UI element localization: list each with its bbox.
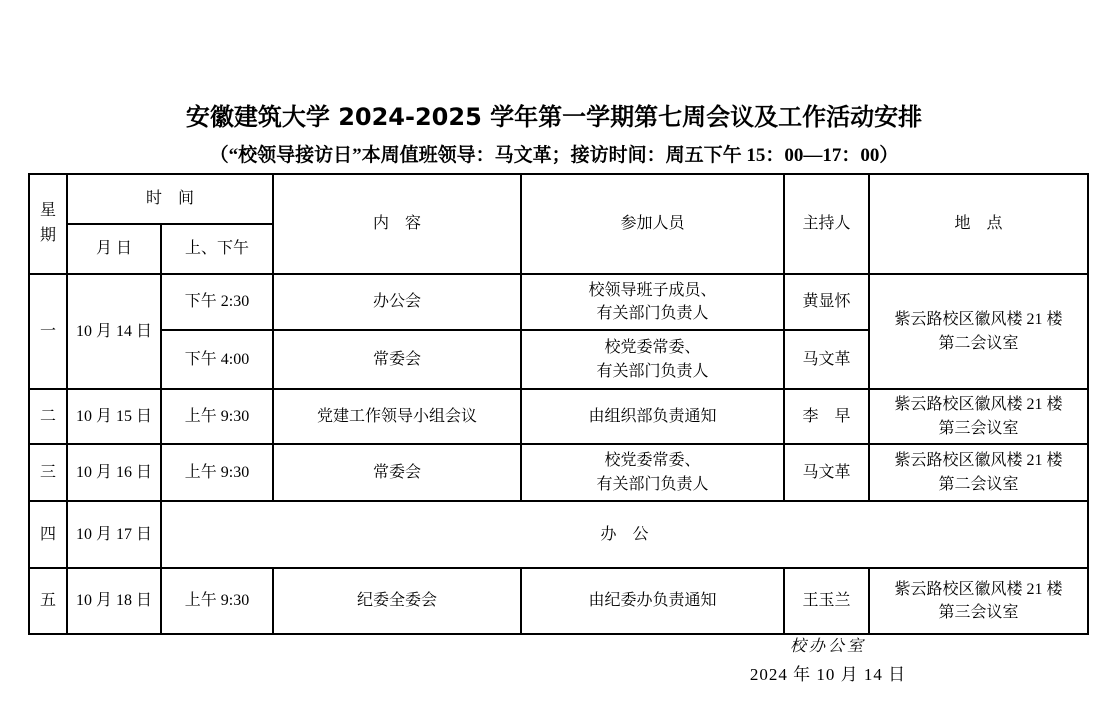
table-row-tuesday: 二 10 月 15 日 上午 9:30 党建工作领导小组会议 由组织部负责通知 … (29, 389, 1088, 444)
header-weekday: 星期 (29, 174, 67, 274)
location-line-1: 紫云路校区徽风楼 21 楼 (872, 393, 1085, 416)
cell-participants: 校领导班子成员、 有关部门负责人 (521, 274, 784, 330)
document-page: 安徽建筑大学 2024-2025 学年第一学期第七周会议及工作活动安排 （“校领… (0, 0, 1108, 702)
cell-time: 下午 2:30 (161, 274, 273, 330)
table-row-wednesday: 三 10 月 16 日 上午 9:30 常委会 校党委常委、 有关部门负责人 马… (29, 444, 1088, 501)
cell-weekday: 一 (29, 274, 67, 389)
cell-participants: 校党委常委、 有关部门负责人 (521, 444, 784, 501)
cell-content: 纪委全委会 (273, 568, 521, 634)
document-subtitle: （“校领导接访日”本周值班领导：马文革；接访时间：周五下午 15：00—17：0… (0, 140, 1108, 167)
cell-host: 李 早 (784, 389, 869, 444)
participants-line-1: 校领导班子成员、 (524, 279, 781, 302)
document-footer: 校办公室 2024 年 10 月 14 日 (698, 633, 958, 685)
cell-participants: 由组织部负责通知 (521, 389, 784, 444)
cell-weekday: 四 (29, 501, 67, 568)
cell-host: 王玉兰 (784, 568, 869, 634)
location-line-1: 紫云路校区徽风楼 21 楼 (872, 449, 1085, 472)
cell-location: 紫云路校区徽风楼 21 楼 第二会议室 (869, 274, 1088, 389)
header-row-1: 星期 时 间 内 容 参加人员 主持人 地 点 (29, 174, 1088, 224)
cell-location: 紫云路校区徽风楼 21 楼 第三会议室 (869, 568, 1088, 634)
location-line-1: 紫云路校区徽风楼 21 楼 (872, 308, 1085, 331)
schedule-table: 星期 时 间 内 容 参加人员 主持人 地 点 月 日 上、下午 一 10 月 … (28, 173, 1089, 635)
location-line-2: 第二会议室 (872, 473, 1085, 496)
cell-participants: 由纪委办负责通知 (521, 568, 784, 634)
header-time: 时 间 (67, 174, 273, 224)
cell-host: 马文革 (784, 444, 869, 501)
cell-host: 黄显怀 (784, 274, 869, 330)
cell-date: 10 月 18 日 (67, 568, 161, 634)
table-row-friday: 五 10 月 18 日 上午 9:30 纪委全委会 由纪委办负责通知 王玉兰 紫… (29, 568, 1088, 634)
cell-content: 办公会 (273, 274, 521, 330)
header-weekday-label: 星期 (39, 199, 57, 249)
document-title: 安徽建筑大学 2024-2025 学年第一学期第七周会议及工作活动安排 (0, 97, 1108, 132)
cell-date: 10 月 14 日 (67, 274, 161, 389)
participants-line-1: 校党委常委、 (524, 449, 781, 472)
header-month-day: 月 日 (67, 224, 161, 274)
header-participants: 参加人员 (521, 174, 784, 274)
header-am-pm: 上、下午 (161, 224, 273, 274)
cell-date: 10 月 16 日 (67, 444, 161, 501)
cell-weekday: 二 (29, 389, 67, 444)
footer-office: 校办公室 (698, 633, 958, 656)
cell-participants: 校党委常委、 有关部门负责人 (521, 330, 784, 389)
cell-content: 党建工作领导小组会议 (273, 389, 521, 444)
cell-merged-office-day: 办 公 (161, 501, 1088, 568)
cell-host: 马文革 (784, 330, 869, 389)
participants-line-1: 校党委常委、 (524, 336, 781, 359)
cell-time: 上午 9:30 (161, 568, 273, 634)
cell-weekday: 五 (29, 568, 67, 634)
table-row-monday-a: 一 10 月 14 日 下午 2:30 办公会 校领导班子成员、 有关部门负责人… (29, 274, 1088, 330)
cell-content: 常委会 (273, 444, 521, 501)
participants-line-2: 有关部门负责人 (524, 302, 781, 325)
location-line-2: 第三会议室 (872, 417, 1085, 440)
table-row-thursday: 四 10 月 17 日 办 公 (29, 501, 1088, 568)
location-line-1: 紫云路校区徽风楼 21 楼 (872, 578, 1085, 601)
participants-line-2: 有关部门负责人 (524, 360, 781, 383)
header-content: 内 容 (273, 174, 521, 274)
location-line-2: 第三会议室 (872, 601, 1085, 624)
cell-time: 上午 9:30 (161, 444, 273, 501)
participants-line-2: 有关部门负责人 (524, 473, 781, 496)
location-line-2: 第二会议室 (872, 332, 1085, 355)
cell-date: 10 月 17 日 (67, 501, 161, 568)
header-location: 地 点 (869, 174, 1088, 274)
cell-date: 10 月 15 日 (67, 389, 161, 444)
cell-weekday: 三 (29, 444, 67, 501)
cell-time: 上午 9:30 (161, 389, 273, 444)
header-host: 主持人 (784, 174, 869, 274)
footer-date: 2024 年 10 月 14 日 (698, 660, 958, 685)
cell-location: 紫云路校区徽风楼 21 楼 第三会议室 (869, 389, 1088, 444)
cell-time: 下午 4:00 (161, 330, 273, 389)
cell-location: 紫云路校区徽风楼 21 楼 第二会议室 (869, 444, 1088, 501)
cell-content: 常委会 (273, 330, 521, 389)
